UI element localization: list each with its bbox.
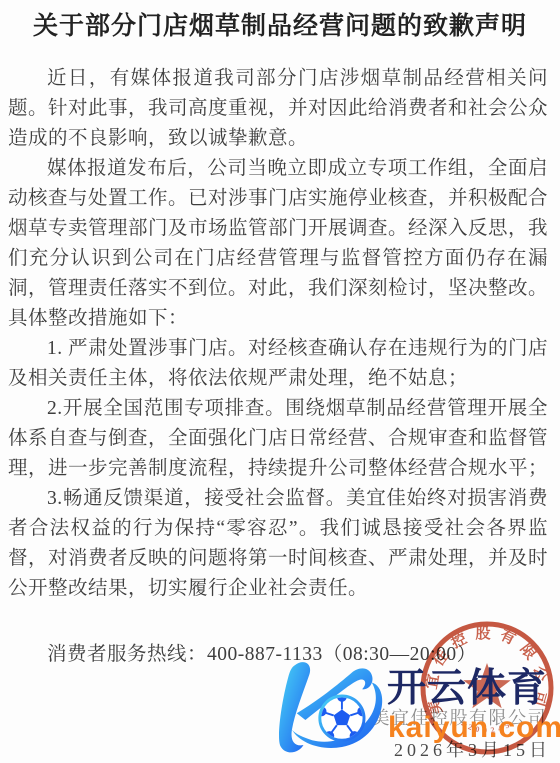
paragraph-intro: 近日，有媒体报道我司部分门店涉烟草制品经营相关问题。针对此事，我司高度重视，并对… [8, 64, 548, 154]
document-body: 近日，有媒体报道我司部分门店涉烟草制品经营相关问题。针对此事，我司高度重视，并对… [0, 64, 560, 604]
apology-statement-document: 关于部分门店烟草制品经营问题的致歉声明 近日，有媒体报道我司部分门店涉烟草制品经… [0, 0, 560, 763]
kaiyun-football-logo-icon [265, 660, 390, 757]
paragraph-measure-3: 3.畅通反馈渠道，接受社会监督。美宜佳始终对损害消费者合法权益的行为保持“零容忍… [8, 484, 548, 604]
watermark-domain-text: kaiyun.com [388, 712, 560, 744]
paragraph-measure-1: 1. 严肃处置涉事门店。对经核查确认存在违规行为的门店及相关责任主体，将依法依规… [8, 334, 548, 394]
watermark-brand-text: 开云体育 [387, 669, 547, 709]
paragraph-measure-2: 2.开展全国范围专项排查。围绕烟草制品经营管理开展全体系自查与倒查，全面强化门店… [8, 394, 548, 484]
paragraph-response: 媒体报道发布后，公司当晚立即成立专项工作组，全面启动核查与处置工作。已对涉事门店… [8, 154, 548, 334]
document-title: 关于部分门店烟草制品经营问题的致歉声明 [12, 10, 548, 42]
